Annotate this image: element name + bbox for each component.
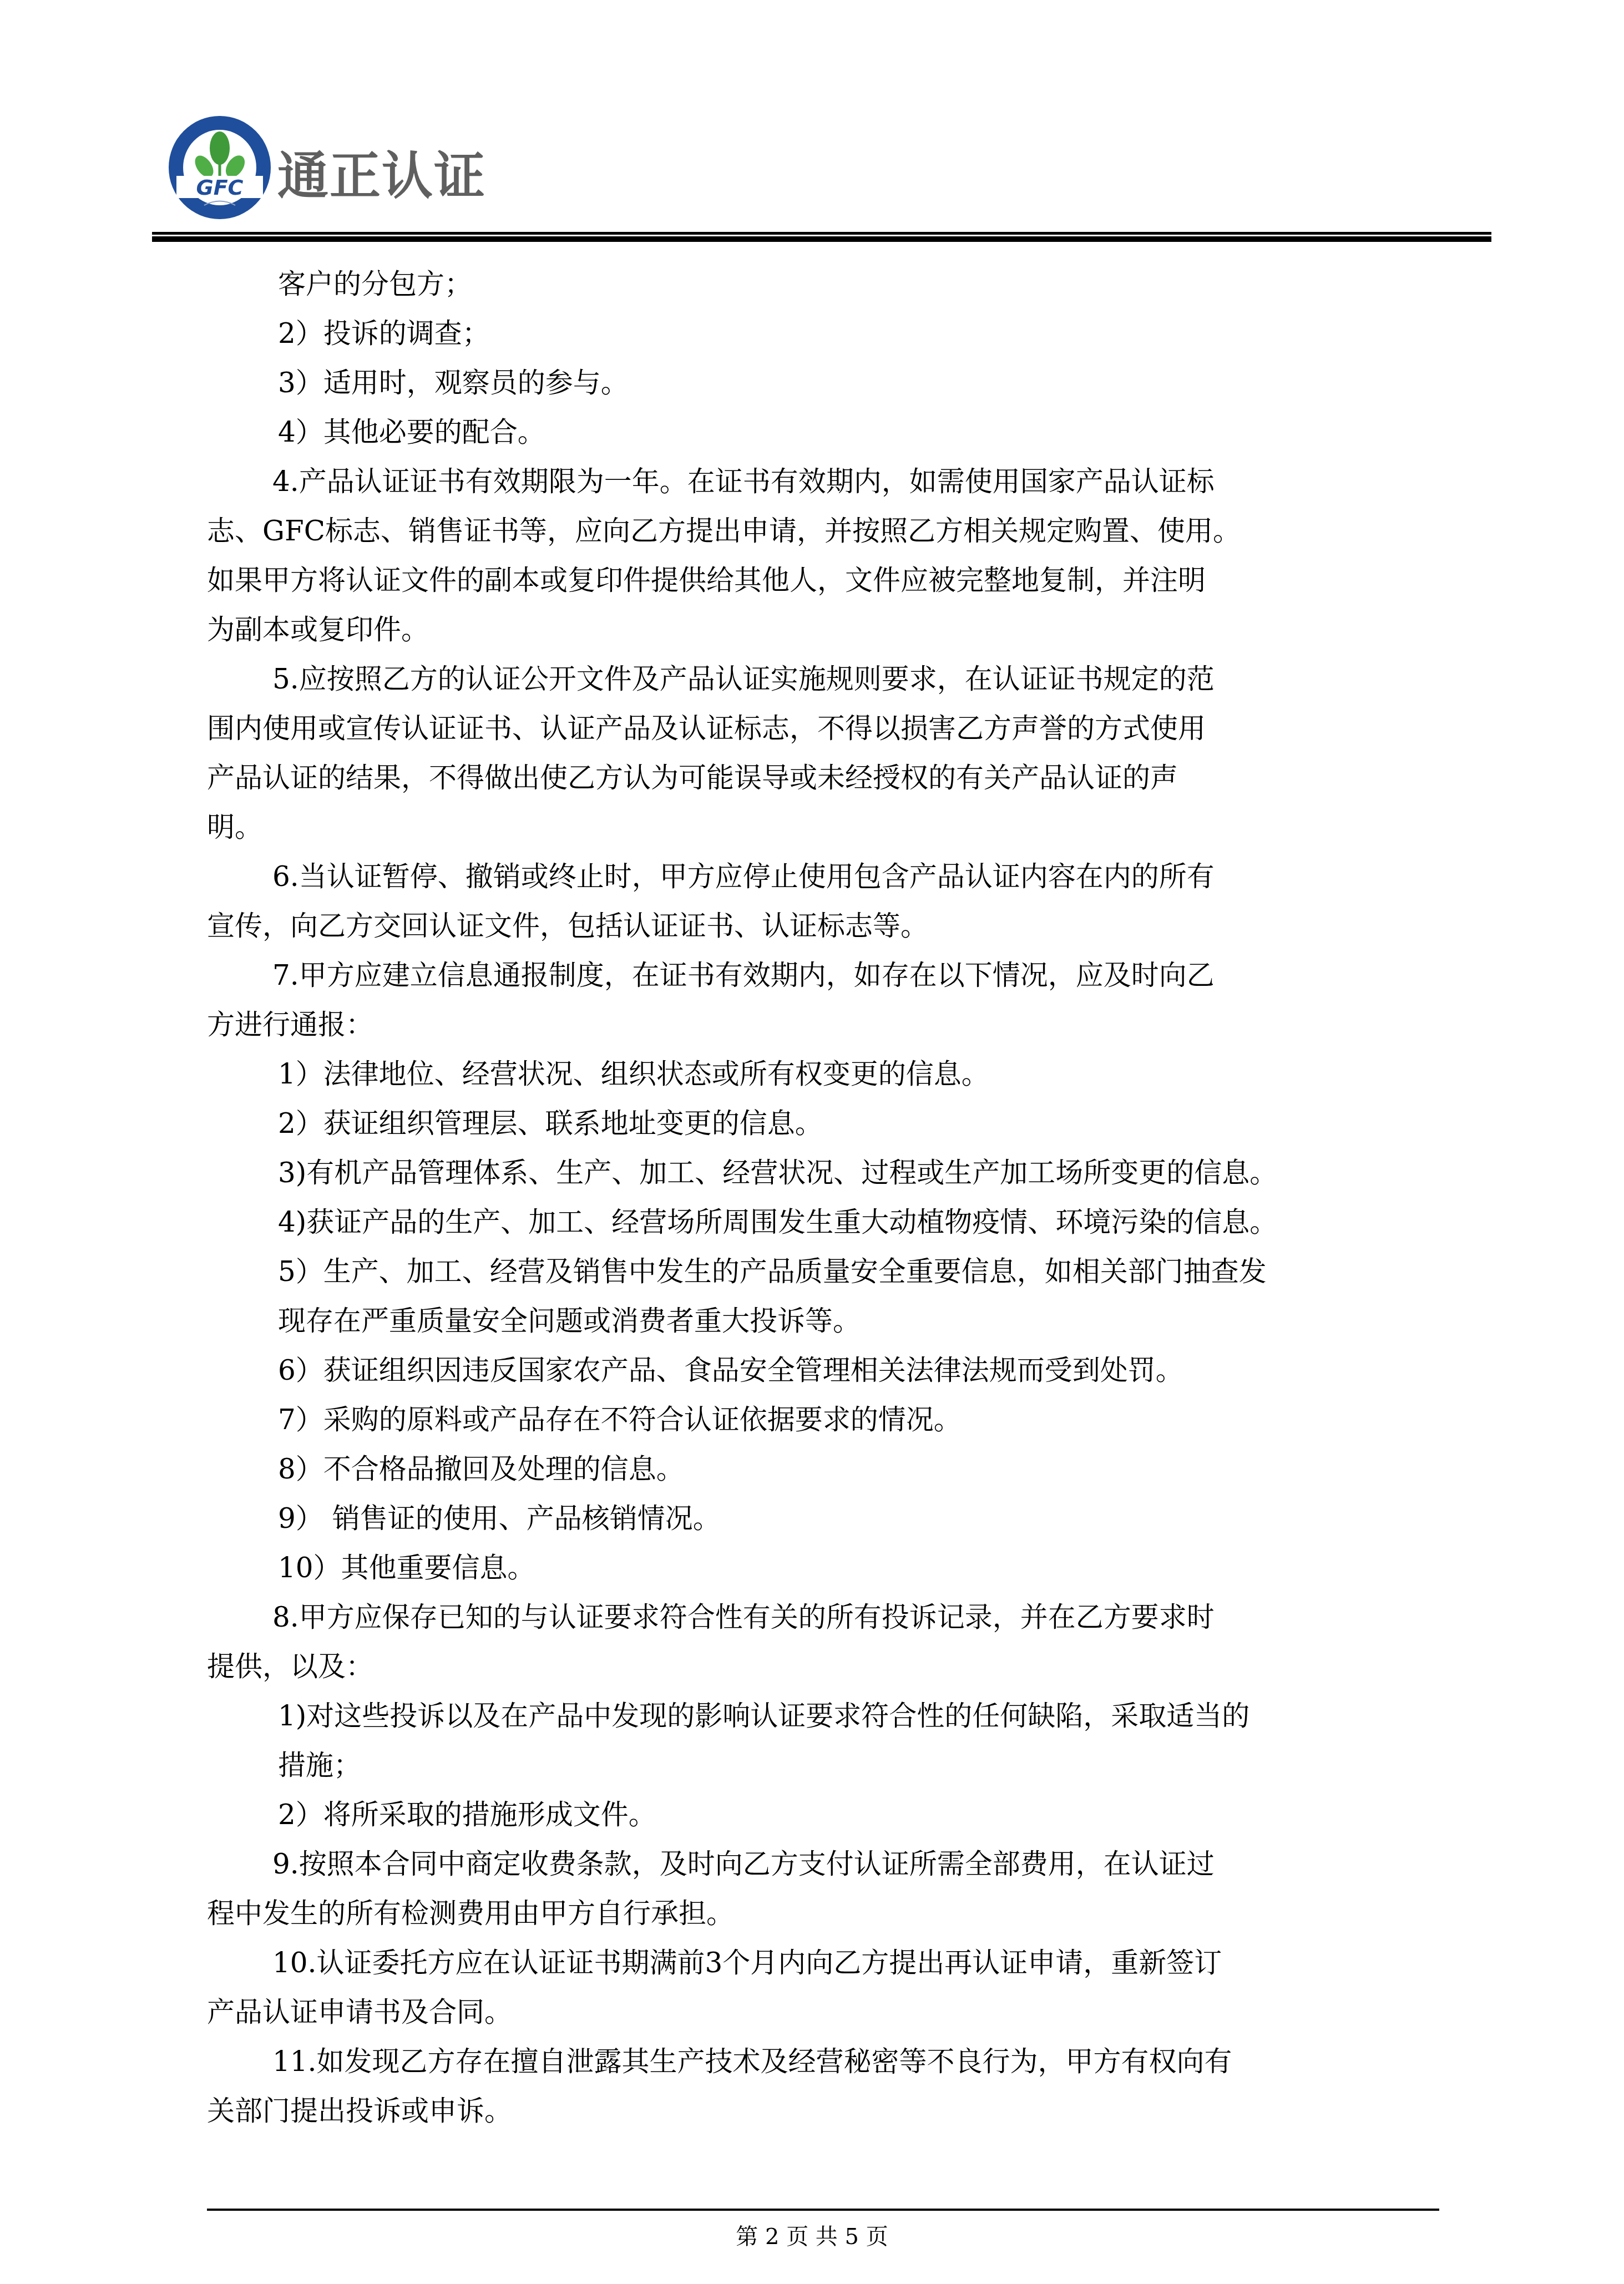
clause-9: 9.按照本合同中商定收费条款，及时向乙方支付认证所需全部费用，在认证过 [207,1840,1450,1889]
list-item: 6）获证组织因违反国家农产品、食品安全管理相关法律法规而受到处罚。 [207,1346,1450,1395]
clause-4: 4.产品认证证书有效期限为一年。在证书有效期内，如需使用国家产品认证标 [207,457,1450,507]
text-line: 产品认证申请书及合同。 [207,1988,1450,2037]
text-line: 明。 [207,803,1450,852]
document-body: 客户的分包方； 2）投诉的调查； 3）适用时，观察员的参与。 4）其他必要的配合… [207,260,1450,2136]
gfc-emblem-icon: GFC [165,114,274,222]
footer-rule [207,2209,1439,2211]
page-number: 第 2 页 共 5 页 [0,2219,1624,2251]
text-line: 措施； [207,1741,1450,1790]
text-line: 程中发生的所有检测费用由甲方自行承担。 [207,1889,1450,1938]
text-line: 方进行通报： [207,1000,1450,1050]
header-rule-thin [152,232,1491,235]
clause-7: 7.甲方应建立信息通报制度，在证书有效期内，如存在以下情况，应及时向乙 [207,951,1450,1000]
clause-10: 10.认证委托方应在认证证书期满前3个月内向乙方提出再认证申请，重新签订 [207,1938,1450,1988]
text-line: 为副本或复印件。 [207,605,1450,655]
text-line: 现存在严重质量安全问题或消费者重大投诉等。 [207,1297,1450,1346]
list-item: 3)有机产品管理体系、生产、加工、经营状况、过程或生产加工场所变更的信息。 [207,1148,1450,1198]
list-item: 2）投诉的调查； [207,309,1450,358]
list-item: 4)获证产品的生产、加工、经营场所周围发生重大动植物疫情、环境污染的信息。 [207,1198,1450,1247]
list-item: 2）将所采取的措施形成文件。 [207,1790,1450,1840]
svg-text:GFC: GFC [196,175,243,200]
text-line: 志、GFC标志、销售证书等，应向乙方提出申请，并按照乙方相关规定购置、使用。 [207,507,1450,556]
list-item: 4）其他必要的配合。 [207,408,1450,457]
list-item: 10）其他重要信息。 [207,1543,1450,1593]
text-line: 如果甲方将认证文件的副本或复印件提供给其他人，文件应被完整地复制，并注明 [207,556,1450,605]
text-line: 产品认证的结果，不得做出使乙方认为可能误导或未经授权的有关产品认证的声 [207,753,1450,803]
text-line: 提供，以及： [207,1642,1450,1692]
brand-name: 通正认证 [277,135,486,209]
clause-11: 11.如发现乙方存在擅自泄露其生产技术及经营秘密等不良行为，甲方有权向有 [207,2037,1450,2087]
clause-8: 8.甲方应保存已知的与认证要求符合性有关的所有投诉记录，并在乙方要求时 [207,1593,1450,1642]
list-item: 7）采购的原料或产品存在不符合认证依据要求的情况。 [207,1395,1450,1445]
text-line: 关部门提出投诉或申诉。 [207,2087,1450,2136]
clause-5: 5.应按照乙方的认证公开文件及产品认证实施规则要求，在认证证书规定的范 [207,655,1450,704]
list-item: 5）生产、加工、经营及销售中发生的产品质量安全重要信息，如相关部门抽查发 [207,1247,1450,1297]
company-logo: GFC 通正认证 [165,114,486,222]
text-line: 客户的分包方； [207,260,1450,309]
list-item: 9） 销售证的使用、产品核销情况。 [207,1494,1450,1543]
text-line: 围内使用或宣传认证证书、认证产品及认证标志，不得以损害乙方声誉的方式使用 [207,704,1450,753]
list-item: 1）法律地位、经营状况、组织状态或所有权变更的信息。 [207,1050,1450,1099]
list-item: 8）不合格品撤回及处理的信息。 [207,1445,1450,1494]
clause-6: 6.当认证暂停、撤销或终止时，甲方应停止使用包含产品认证内容在内的所有 [207,852,1450,902]
list-item: 2）获证组织管理层、联系地址变更的信息。 [207,1099,1450,1148]
list-item: 3）适用时，观察员的参与。 [207,358,1450,408]
text-line: 宣传，向乙方交回认证文件，包括认证证书、认证标志等。 [207,902,1450,951]
list-item: 1)对这些投诉以及在产品中发现的影响认证要求符合性的任何缺陷，采取适当的 [207,1692,1450,1741]
header-rule-thick [152,236,1491,242]
